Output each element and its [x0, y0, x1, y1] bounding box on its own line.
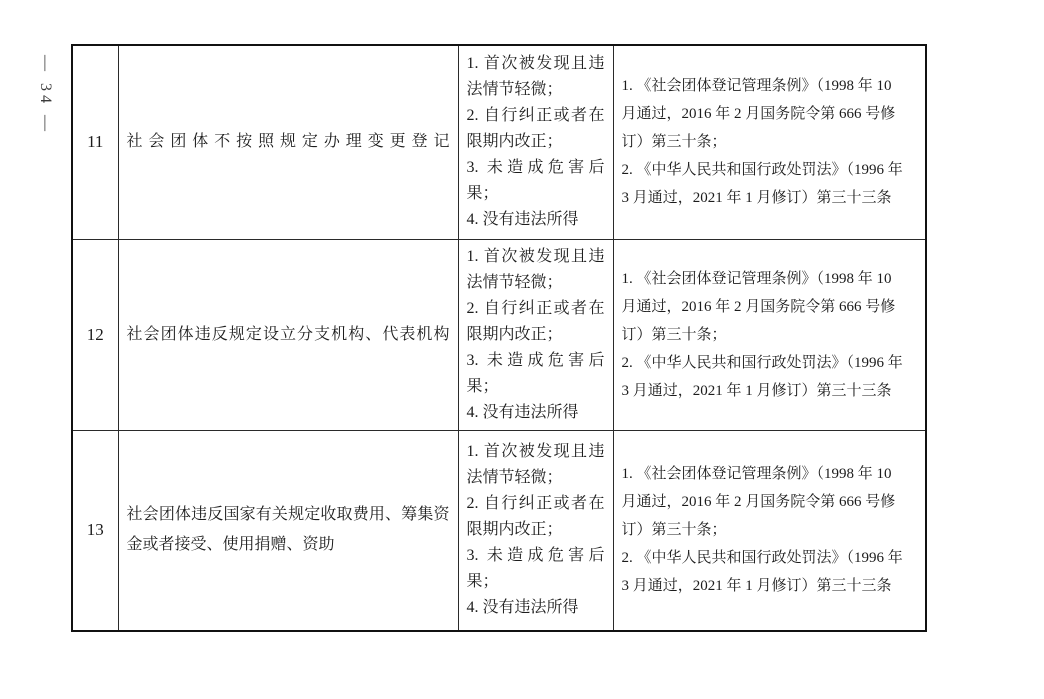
condition-item: 2. 自行纠正或者在限期内改正；: [467, 491, 605, 543]
violation-cell: 社会团体违反国家有关规定收取费用、筹集资金或者接受、使用捐赠、资助: [118, 430, 458, 631]
legal-basis-item: 2. 《中华人民共和国行政处罚法》（1996 年 3 月通过，2021 年 1 …: [622, 349, 922, 405]
row-number-cell: 12: [72, 239, 118, 430]
discretion-conditions-cell: 1. 首次被发现且违法情节轻微； 2. 自行纠正或者在限期内改正； 3. 未造成…: [458, 430, 613, 631]
legal-basis-cell: 1. 《社会团体登记管理条例》（1998 年 10 月通过，2016 年 2 月…: [613, 239, 926, 430]
condition-item: 2. 自行纠正或者在限期内改正；: [467, 103, 605, 155]
condition-item: 4. 没有违法所得: [467, 595, 605, 621]
condition-item: 3. 未造成危害后果；: [467, 543, 605, 595]
condition-item: 2. 自行纠正或者在限期内改正；: [467, 296, 605, 348]
legal-basis-item: 1. 《社会团体登记管理条例》（1998 年 10 月通过，2016 年 2 月…: [622, 72, 922, 156]
row-number-cell: 13: [72, 430, 118, 631]
page-number: — 34 —: [36, 55, 54, 135]
condition-item: 4. 没有违法所得: [467, 207, 605, 233]
legal-basis-item: 1. 《社会团体登记管理条例》（1998 年 10 月通过，2016 年 2 月…: [622, 265, 922, 349]
condition-item: 3. 未造成危害后果；: [467, 348, 605, 400]
condition-item: 1. 首次被发现且违法情节轻微；: [467, 244, 605, 296]
legal-basis-item: 1. 《社会团体登记管理条例》（1998 年 10 月通过，2016 年 2 月…: [622, 460, 922, 544]
penalty-table: 11 社会团体不按照规定办理变更登记 1. 首次被发现且违法情节轻微； 2. 自…: [71, 44, 927, 632]
row-number-cell: 11: [72, 45, 118, 239]
violation-cell: 社会团体不按照规定办理变更登记: [118, 45, 458, 239]
legal-basis-item: 2. 《中华人民共和国行政处罚法》（1996 年 3 月通过，2021 年 1 …: [622, 544, 922, 600]
document-page: — 34 — 11 社会团体不按照规定办理变更登记 1. 首次被发现且违法情节轻…: [0, 0, 1044, 699]
table-row: 12 社会团体违反规定设立分支机构、代表机构 1. 首次被发现且违法情节轻微； …: [72, 239, 926, 430]
table-row: 13 社会团体违反国家有关规定收取费用、筹集资金或者接受、使用捐赠、资助 1. …: [72, 430, 926, 631]
condition-item: 4. 没有违法所得: [467, 400, 605, 426]
discretion-conditions-cell: 1. 首次被发现且违法情节轻微； 2. 自行纠正或者在限期内改正； 3. 未造成…: [458, 239, 613, 430]
condition-item: 1. 首次被发现且违法情节轻微；: [467, 51, 605, 103]
legal-basis-item: 2. 《中华人民共和国行政处罚法》（1996 年 3 月通过，2021 年 1 …: [622, 156, 922, 212]
condition-item: 3. 未造成危害后果；: [467, 155, 605, 207]
legal-basis-cell: 1. 《社会团体登记管理条例》（1998 年 10 月通过，2016 年 2 月…: [613, 430, 926, 631]
table-row: 11 社会团体不按照规定办理变更登记 1. 首次被发现且违法情节轻微； 2. 自…: [72, 45, 926, 239]
legal-basis-cell: 1. 《社会团体登记管理条例》（1998 年 10 月通过，2016 年 2 月…: [613, 45, 926, 239]
violation-cell: 社会团体违反规定设立分支机构、代表机构: [118, 239, 458, 430]
condition-item: 1. 首次被发现且违法情节轻微；: [467, 439, 605, 491]
discretion-conditions-cell: 1. 首次被发现且违法情节轻微； 2. 自行纠正或者在限期内改正； 3. 未造成…: [458, 45, 613, 239]
